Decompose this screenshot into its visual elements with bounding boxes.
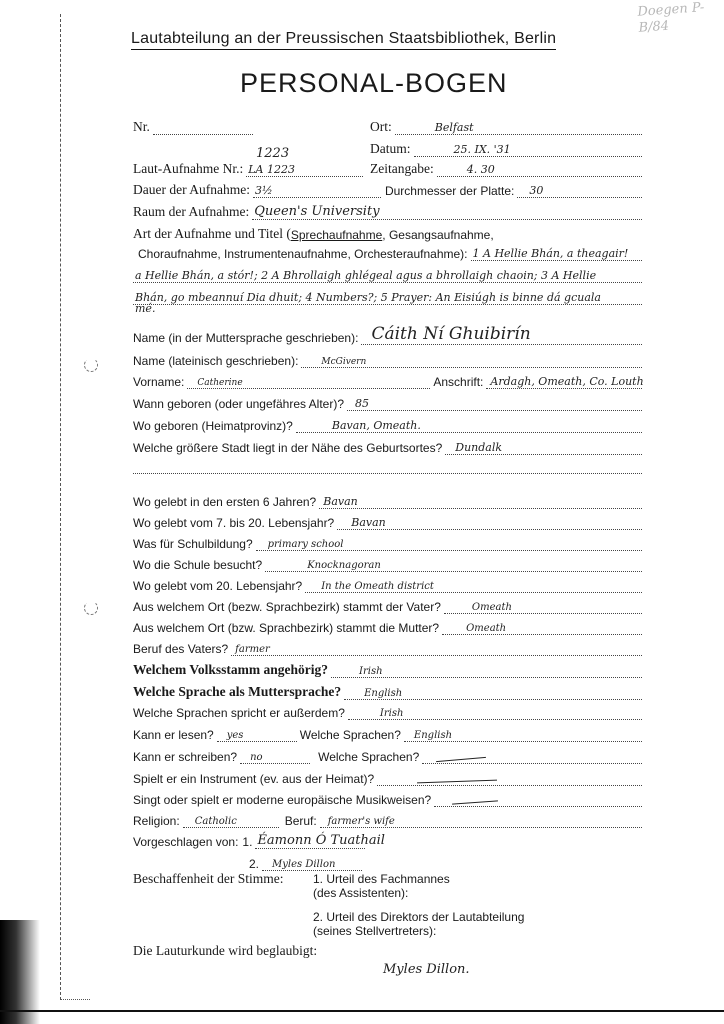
- durchmesser-input[interactable]: 30: [517, 183, 642, 198]
- urteil-1-line-1: 1. Urteil des Fachmannes: [313, 872, 450, 886]
- datum-input[interactable]: 25. IX. '31: [414, 142, 643, 157]
- field-erste-6-jahre: Wo gelebt in den ersten 6 Jahren? Bavan: [133, 494, 642, 509]
- field-datum: Datum: 25. IX. '31: [370, 141, 642, 157]
- selected-recording-type: Sprechaufnahme: [291, 228, 382, 242]
- field-vorgeschlagen-1: Vorgeschlagen von: 1. Éamonn Ó Tuathail: [133, 834, 513, 849]
- name-muttersprache-input[interactable]: Cáith Ní Ghuibirín: [361, 330, 642, 345]
- religion-input[interactable]: Catholic: [183, 813, 279, 828]
- lesen-sprachen-input[interactable]: English: [404, 727, 642, 742]
- vorgeschlagen-2-input[interactable]: Myles Dillon: [262, 856, 362, 871]
- label: Beruf:: [285, 814, 317, 828]
- label: Was für Schulbildung?: [133, 537, 253, 551]
- dash-mark: [452, 800, 498, 804]
- muttersprache-input[interactable]: English: [344, 685, 642, 700]
- field-beruf-vater: Beruf des Vaters? farmer: [133, 641, 642, 656]
- field-wo-geboren: Wo geboren (Heimatprovinz)? Bavan, Omeat…: [133, 418, 642, 433]
- label: Welche Sprachen?: [300, 728, 401, 742]
- label: Ort:: [370, 119, 392, 135]
- label: Laut-Aufnahme Nr.:: [133, 161, 243, 177]
- vorgeschlagen-1-input[interactable]: Éamonn Ó Tuathail: [255, 834, 365, 849]
- anschrift-input[interactable]: Ardagh, Omeath, Co. Louth: [486, 374, 642, 389]
- ab-20-input[interactable]: In the Omeath district: [305, 578, 642, 593]
- beglaubigt-label: Die Lauturkunde wird beglaubigt:: [133, 943, 317, 959]
- field-7-bis-20: Wo gelebt vom 7. bis 20. Lebensjahr? Bav…: [133, 515, 642, 530]
- instrument-input[interactable]: [377, 771, 642, 786]
- lesen-input[interactable]: yes: [217, 727, 297, 742]
- label: Name (in der Muttersprache geschrieben):: [133, 331, 358, 345]
- label: Anschrift:: [433, 375, 483, 389]
- label: Wo gelebt in den ersten 6 Jahren?: [133, 495, 316, 509]
- field-musikweisen: Singt oder spielt er moderne europäische…: [133, 792, 642, 807]
- label: Welche Sprache als Muttersprache?: [133, 684, 341, 700]
- raum-input[interactable]: Queen's University: [252, 205, 642, 220]
- volksstamm-input[interactable]: Irish: [331, 663, 642, 678]
- stimme-label: Beschaffenheit der Stimme:: [133, 871, 283, 887]
- zeitangabe-input[interactable]: 4. 30: [437, 162, 642, 177]
- sprachen-ausserdem-input[interactable]: Irish: [348, 705, 642, 720]
- label: Nr.: [133, 119, 150, 135]
- label: Aus welchem Ort (bezw. Sprachbezirk) sta…: [133, 600, 441, 614]
- ort-mutter-input[interactable]: Omeath: [442, 620, 642, 635]
- dash-mark: [417, 780, 497, 784]
- label: Spielt er ein Instrument (ev. aus der He…: [133, 772, 374, 786]
- nr-input[interactable]: [153, 120, 253, 135]
- schreiben-sprachen-input[interactable]: [422, 749, 642, 764]
- label: Kann er schreiben?: [133, 750, 237, 764]
- label: Raum der Aufnahme:: [133, 204, 249, 220]
- field-vorname: Vorname: Catherine Anschrift: Ardagh, Om…: [133, 374, 642, 389]
- field-name-lateinisch: Name (lateinisch geschrieben): McGivern: [133, 353, 642, 368]
- page-bottom-edge: [0, 1010, 724, 1012]
- field-schulbildung: Was für Schulbildung? primary school: [133, 536, 642, 551]
- label: Name (lateinisch geschrieben):: [133, 354, 298, 368]
- art-titel-input-2[interactable]: a Hellie Bhán, a stór!; 2 A Bhrollaigh g…: [133, 268, 642, 283]
- label: Wo geboren (Heimatprovinz)?: [133, 419, 293, 433]
- record-number-correction: 1223: [256, 146, 289, 161]
- institution-header: Lautabteilung an der Preussischen Staats…: [131, 30, 556, 50]
- field-art-line2: Choraufnahme, Instrumentenaufnahme, Orch…: [138, 246, 642, 261]
- extra-line[interactable]: [133, 473, 642, 474]
- field-vorgeschlagen-2: 2. Myles Dillon: [249, 856, 389, 871]
- field-nr: Nr.: [133, 119, 253, 135]
- label: Vorgeschlagen von:: [133, 835, 238, 849]
- field-ort-mutter: Aus welchem Ort (bzw. Sprachbezirk) stam…: [133, 620, 642, 635]
- art-titel-input-3[interactable]: Bhán, go mbeannuí Dia dhuit; 4 Numbers?;…: [133, 290, 642, 305]
- signature: Myles Dillon.: [383, 962, 470, 977]
- field-name-muttersprache: Name (in der Muttersprache geschrieben):…: [133, 330, 642, 345]
- margin-line-foot: [60, 999, 90, 1000]
- label: Welche Sprachen?: [318, 750, 419, 764]
- wann-geboren-input[interactable]: 85: [347, 396, 642, 411]
- label: Wo gelebt vom 7. bis 20. Lebensjahr?: [133, 516, 334, 530]
- label: Aus welchem Ort (bzw. Sprachbezirk) stam…: [133, 621, 439, 635]
- beruf-vater-input[interactable]: farmer: [231, 641, 642, 656]
- label: Datum:: [370, 141, 411, 157]
- field-art-line3: a Hellie Bhán, a stór!; 2 A Bhrollaigh g…: [133, 268, 642, 283]
- punch-hole: [84, 358, 98, 372]
- label: Kann er lesen?: [133, 728, 214, 742]
- label: Welche Sprachen spricht er außerdem?: [133, 706, 345, 720]
- schulbildung-input[interactable]: primary school: [256, 536, 642, 551]
- vorname-input[interactable]: Catherine: [187, 374, 430, 389]
- page-title: PERSONAL-BOGEN: [240, 68, 508, 99]
- field-volksstamm: Welchem Volksstamm angehörig? Irish: [133, 662, 642, 678]
- field-ab-20: Wo gelebt vom 20. Lebensjahr? In the Ome…: [133, 578, 642, 593]
- label: Durchmesser der Platte:: [385, 184, 514, 198]
- field-ort-vater: Aus welchem Ort (bezw. Sprachbezirk) sta…: [133, 599, 642, 614]
- label: Choraufnahme, Instrumentenaufnahme, Orch…: [138, 247, 468, 261]
- archive-stamp: Doegen P-B/84: [637, 0, 719, 37]
- label: Wo die Schule besucht?: [133, 558, 262, 572]
- schule-input[interactable]: Knocknagoran: [265, 557, 642, 572]
- label: Welche größere Stadt liegt in der Nähe d…: [133, 441, 442, 455]
- art-titel-input-1[interactable]: 1 A Hellie Bhán, a theagair!: [471, 246, 642, 261]
- name-lateinisch-input[interactable]: McGivern: [301, 353, 642, 368]
- label: Dauer der Aufnahme:: [133, 182, 250, 198]
- field-zeitangabe: Zeitangabe: 4. 30: [370, 161, 642, 177]
- field-schreiben: Kann er schreiben? no Welche Sprachen?: [133, 749, 642, 764]
- label: Beruf des Vaters?: [133, 642, 228, 656]
- field-muttersprache: Welche Sprache als Muttersprache? Englis…: [133, 684, 642, 700]
- field-stadt: Welche größere Stadt liegt in der Nähe d…: [133, 440, 642, 455]
- schreiben-input[interactable]: no: [240, 749, 310, 764]
- punch-hole: [84, 601, 98, 615]
- scan-shadow: [0, 920, 40, 1024]
- field-sprachen-ausserdem: Welche Sprachen spricht er außerdem? Iri…: [133, 705, 642, 720]
- urteil-2-line-1: 2. Urteil des Direktors der Lautabteilun…: [313, 910, 524, 924]
- art-titel-value-4: mé.: [135, 302, 155, 315]
- label: Welchem Volksstamm angehörig?: [133, 662, 328, 678]
- dauer-input[interactable]: 3½: [253, 183, 381, 198]
- label: Wo gelebt vom 20. Lebensjahr?: [133, 579, 302, 593]
- field-art-line4: Bhán, go mbeannuí Dia dhuit; 4 Numbers?;…: [133, 290, 642, 305]
- 7-bis-20-input[interactable]: Bavan: [337, 515, 642, 530]
- label: Singt oder spielt er moderne europäische…: [133, 793, 431, 807]
- field-dauer: Dauer der Aufnahme: 3½ Durchmesser der P…: [133, 182, 642, 198]
- wo-geboren-input[interactable]: Bavan, Omeath.: [296, 418, 642, 433]
- field-religion: Religion: Catholic Beruf: farmer's wife: [133, 813, 642, 828]
- musikweisen-input[interactable]: [434, 792, 642, 807]
- label: Religion:: [133, 814, 180, 828]
- dash-mark: [436, 757, 486, 762]
- field-ort: Ort: Belfast: [370, 119, 642, 135]
- ort-input[interactable]: Belfast: [395, 120, 642, 135]
- field-laut-aufnahme-nr: Laut-Aufnahme Nr.: LA 1223: [133, 161, 363, 177]
- label: Zeitangabe:: [370, 161, 434, 177]
- field-instrument: Spielt er ein Instrument (ev. aus der He…: [133, 771, 642, 786]
- ort-vater-input[interactable]: Omeath: [444, 599, 642, 614]
- urteil-2-line-2: (seines Stellvertreters):: [313, 924, 436, 938]
- label: Vorname:: [133, 375, 184, 389]
- margin-line: [60, 14, 61, 1000]
- label: Wann geboren (oder ungefähres Alter)?: [133, 397, 344, 411]
- field-lesen: Kann er lesen? yes Welche Sprachen? Engl…: [133, 727, 642, 742]
- field-schule: Wo die Schule besucht? Knocknagoran: [133, 557, 642, 572]
- stadt-input[interactable]: Dundalk: [445, 440, 642, 455]
- urteil-1-line-2: (des Assistenten):: [313, 886, 408, 900]
- erste-6-jahre-input[interactable]: Bavan: [319, 494, 642, 509]
- beruf-input[interactable]: farmer's wife: [320, 813, 642, 828]
- field-raum: Raum der Aufnahme: Queen's University: [133, 204, 642, 220]
- laut-aufnahme-nr-input[interactable]: LA 1223: [246, 162, 363, 177]
- field-wann-geboren: Wann geboren (oder ungefähres Alter)? 85: [133, 396, 642, 411]
- field-art-label: Art der Aufnahme und Titel (Sprechaufnah…: [133, 226, 494, 242]
